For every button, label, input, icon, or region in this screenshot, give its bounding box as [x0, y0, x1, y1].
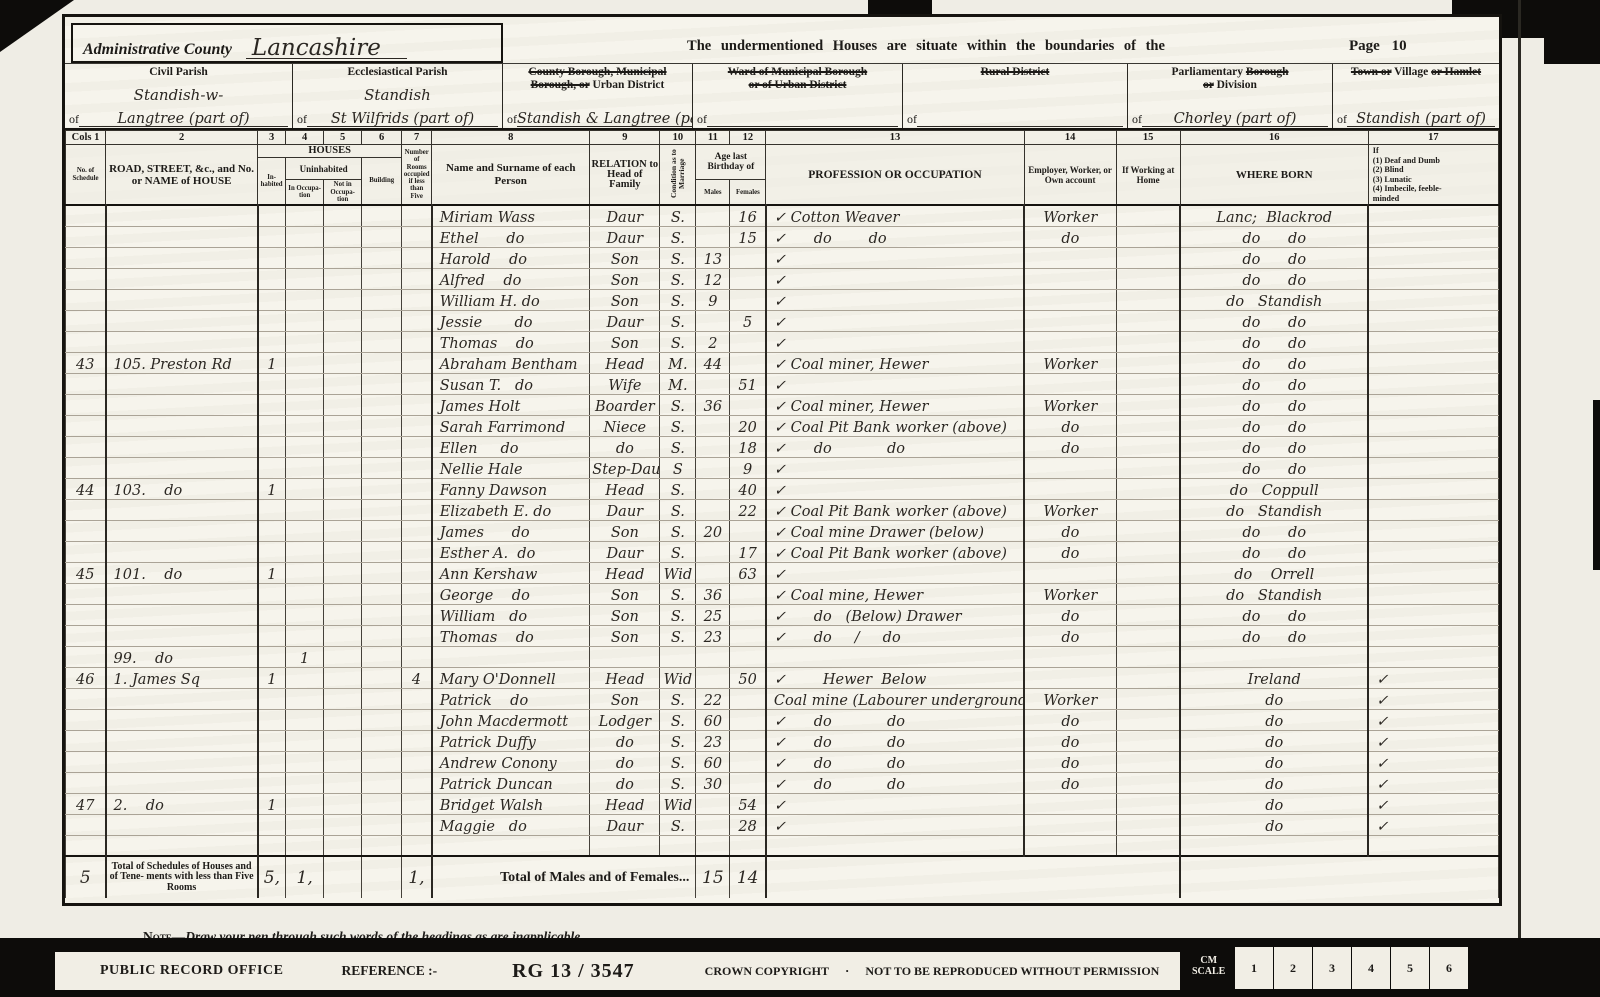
- cell-occ: ✓ Coal Pit Bank worker (above): [766, 499, 1024, 520]
- cell-home: [1116, 646, 1180, 667]
- cell-home: [1116, 625, 1180, 646]
- cell-emp: do: [1024, 436, 1116, 457]
- cell-uo: [286, 394, 324, 415]
- census-row: 472. do1Bridget WalshHeadWid54✓do✓: [66, 793, 1499, 814]
- cell-af: 63: [730, 562, 766, 583]
- census-row: James HoltBoarderS.36✓ Coal miner, Hewer…: [66, 394, 1499, 415]
- cell-inh: [258, 520, 286, 541]
- cell-uo: [286, 583, 324, 604]
- totals-label: Total of Schedules of Houses and of Tene…: [106, 856, 258, 898]
- cell-am: [696, 814, 730, 835]
- cell-cond: S.: [660, 331, 696, 352]
- cell-am: 22: [696, 688, 730, 709]
- cell-un: [324, 373, 362, 394]
- district-box-urban-district: County Borough, MunicipalBorough, or Urb…: [503, 64, 693, 128]
- cell-bld: [362, 205, 402, 226]
- cell-af: [730, 331, 766, 352]
- cell-un: [324, 814, 362, 835]
- cell-af: [730, 268, 766, 289]
- cell-bld: [362, 520, 402, 541]
- census-row: George doSonS.36✓ Coal mine, HewerWorker…: [66, 583, 1499, 604]
- district-box-of-line: ofStandish & Langtree (part of): [507, 112, 688, 127]
- cell-rel: Head: [590, 562, 660, 583]
- cell-cond: S: [660, 457, 696, 478]
- cell-born: do Standish: [1180, 583, 1368, 604]
- cell-af: [730, 520, 766, 541]
- cell-occ: ✓ Coal mine, Hewer: [766, 583, 1024, 604]
- cell-uo: [286, 415, 324, 436]
- totals-empty-2: [1180, 856, 1498, 898]
- cell-born: do do: [1180, 268, 1368, 289]
- cell-bld: [362, 415, 402, 436]
- cell-sched: [66, 814, 106, 835]
- cell-born: do Standish: [1180, 289, 1368, 310]
- scale-box-4: 4: [1352, 946, 1391, 990]
- census-row: Maggie doDaurS.28✓do✓: [66, 814, 1499, 835]
- cell-inf: ✓: [1368, 772, 1498, 793]
- cell-uo: [286, 268, 324, 289]
- cell-un: [324, 688, 362, 709]
- column-numbers-row: Cols 1 2 3 4 5 6 7 8 9 10 11 12 13 14 15…: [66, 131, 1499, 145]
- cell-occ: [766, 646, 1024, 667]
- census-row: Patrick DuffydoS.23✓ do dododo✓: [66, 730, 1499, 751]
- cell-af: [730, 604, 766, 625]
- cell-road: [106, 247, 258, 268]
- cell-home: [1116, 583, 1180, 604]
- total-rooms: 1,: [402, 856, 432, 898]
- cell-inf: [1368, 310, 1498, 331]
- cell-uo: [286, 331, 324, 352]
- cell-home: [1116, 247, 1180, 268]
- reproduction-notice: NOT TO BE REPRODUCED WITHOUT PERMISSION: [865, 964, 1159, 979]
- census-row: Thomas doSonS.2✓do do: [66, 331, 1499, 352]
- cell-inf: [1368, 247, 1498, 268]
- cell-inh: [258, 646, 286, 667]
- cell-inh: [258, 205, 286, 226]
- cell-uo: [286, 751, 324, 772]
- cell-af: 54: [730, 793, 766, 814]
- cell-name: Patrick do: [432, 688, 590, 709]
- cell-home: [1116, 730, 1180, 751]
- cell-inf: ✓: [1368, 709, 1498, 730]
- cell-rooms: [402, 835, 432, 856]
- cell-am: 36: [696, 583, 730, 604]
- cell-emp: [1024, 289, 1116, 310]
- cell-un: [324, 625, 362, 646]
- cell-sched: [66, 688, 106, 709]
- cell-inf: [1368, 268, 1498, 289]
- cell-cond: S.: [660, 688, 696, 709]
- cell-inh: [258, 436, 286, 457]
- cell-road: [106, 625, 258, 646]
- cell-sched: [66, 499, 106, 520]
- cell-home: [1116, 562, 1180, 583]
- cell-uo: [286, 562, 324, 583]
- cell-inf: [1368, 289, 1498, 310]
- cell-am: [696, 436, 730, 457]
- cell-rooms: [402, 415, 432, 436]
- cell-born: do do: [1180, 310, 1368, 331]
- cell-emp: Worker: [1024, 583, 1116, 604]
- cell-emp: do: [1024, 604, 1116, 625]
- cell-rooms: [402, 352, 432, 373]
- cell-emp: [1024, 457, 1116, 478]
- cell-born: [1180, 646, 1368, 667]
- cell-af: 40: [730, 478, 766, 499]
- cell-sched: [66, 604, 106, 625]
- cell-rel: Son: [590, 604, 660, 625]
- cell-rel: Lodger: [590, 709, 660, 730]
- cell-home: [1116, 499, 1180, 520]
- cell-uo: [286, 310, 324, 331]
- cell-road: [106, 331, 258, 352]
- header-relation: RELATION to Head of Family: [590, 145, 660, 206]
- cell-inf: [1368, 562, 1498, 583]
- cell-uo: [286, 352, 324, 373]
- cell-name: Fanny Dawson: [432, 478, 590, 499]
- cell-rel: Daur: [590, 226, 660, 247]
- cell-emp: [1024, 646, 1116, 667]
- col-num-7: 7: [402, 131, 432, 145]
- cell-rel: Son: [590, 625, 660, 646]
- cell-road: [106, 751, 258, 772]
- cell-occ: ✓: [766, 289, 1024, 310]
- total-males-females-label: Total of Males and of Females...: [432, 856, 696, 898]
- cell-road: [106, 541, 258, 562]
- cell-sched: [66, 268, 106, 289]
- cell-cond: S.: [660, 415, 696, 436]
- cell-af: 20: [730, 415, 766, 436]
- cell-bld: [362, 436, 402, 457]
- undermentioned-text: The undermentioned Houses are situate wi…: [503, 38, 1349, 63]
- cell-name: Alfred do: [432, 268, 590, 289]
- scale-box-6: 6: [1430, 946, 1469, 990]
- cell-inh: [258, 226, 286, 247]
- cell-occ: ✓ Coal miner, Hewer: [766, 352, 1024, 373]
- cell-af: 18: [730, 436, 766, 457]
- cell-emp: [1024, 814, 1116, 835]
- cell-rooms: [402, 268, 432, 289]
- cell-bld: [362, 793, 402, 814]
- census-row: 44103. do1Fanny DawsonHeadS.40✓do Coppul…: [66, 478, 1499, 499]
- cell-rooms: [402, 331, 432, 352]
- cell-rel: Daur: [590, 541, 660, 562]
- cell-un: [324, 394, 362, 415]
- cell-rel: Daur: [590, 310, 660, 331]
- cell-un: [324, 415, 362, 436]
- header-uninhabited: Uninhabited: [286, 158, 362, 180]
- cell-inh: [258, 709, 286, 730]
- cell-inh: [258, 373, 286, 394]
- cell-cond: [660, 646, 696, 667]
- cell-bld: [362, 814, 402, 835]
- cell-occ: ✓ do do: [766, 730, 1024, 751]
- cell-road: [106, 520, 258, 541]
- census-row: 45101. do1Ann KershawHeadWid63✓do Orrell: [66, 562, 1499, 583]
- cell-inf: [1368, 394, 1498, 415]
- cell-uo: [286, 436, 324, 457]
- cell-emp: [1024, 793, 1116, 814]
- cell-uo: [286, 730, 324, 751]
- cell-road: [106, 772, 258, 793]
- cell-inf: [1368, 646, 1498, 667]
- cell-rel: do: [590, 751, 660, 772]
- cell-sched: 45: [66, 562, 106, 583]
- cell-road: [106, 373, 258, 394]
- census-row: Esther A. doDaurS.17✓ Coal Pit Bank work…: [66, 541, 1499, 562]
- cell-emp: do: [1024, 772, 1116, 793]
- cell-cond: Wid: [660, 667, 696, 688]
- public-record-office-label: PUBLIC RECORD OFFICE: [100, 963, 283, 979]
- cell-sched: [66, 289, 106, 310]
- cell-cond: S.: [660, 709, 696, 730]
- scale-box-2: 2: [1274, 946, 1313, 990]
- cell-cond: M.: [660, 373, 696, 394]
- header-building: Building: [362, 158, 402, 206]
- cell-road: [106, 499, 258, 520]
- census-row: Nellie HaleStep-DaurS9✓do do: [66, 457, 1499, 478]
- cell-occ: ✓: [766, 310, 1024, 331]
- cell-born: do do: [1180, 352, 1368, 373]
- cell-uo: [286, 373, 324, 394]
- cell-name: George do: [432, 583, 590, 604]
- cell-occ: ✓ do (Below) Drawer: [766, 604, 1024, 625]
- cell-inh: 1: [258, 667, 286, 688]
- cell-inh: [258, 394, 286, 415]
- cell-inf: [1368, 520, 1498, 541]
- district-box-of-value: Standish (part of): [1347, 112, 1495, 127]
- cell-un: [324, 751, 362, 772]
- cell-inh: [258, 835, 286, 856]
- cell-rooms: [402, 499, 432, 520]
- cell-emp: do: [1024, 751, 1116, 772]
- cell-af: 50: [730, 667, 766, 688]
- cell-sched: [66, 310, 106, 331]
- cell-bld: [362, 625, 402, 646]
- cell-born: do do: [1180, 394, 1368, 415]
- cell-emp: Worker: [1024, 394, 1116, 415]
- cell-home: [1116, 226, 1180, 247]
- cell-bld: [362, 772, 402, 793]
- cell-home: [1116, 520, 1180, 541]
- cell-am: [696, 562, 730, 583]
- cell-rel: Son: [590, 583, 660, 604]
- cell-cond: S.: [660, 394, 696, 415]
- cell-am: 23: [696, 625, 730, 646]
- cell-sched: [66, 205, 106, 226]
- cell-name: Ann Kershaw: [432, 562, 590, 583]
- col-num-8: 8: [432, 131, 590, 145]
- cell-cond: S.: [660, 730, 696, 751]
- cell-rooms: [402, 373, 432, 394]
- cell-un: [324, 352, 362, 373]
- cell-road: 101. do: [106, 562, 258, 583]
- cell-uo: [286, 457, 324, 478]
- cell-am: 36: [696, 394, 730, 415]
- cell-uo: [286, 814, 324, 835]
- cell-am: [696, 541, 730, 562]
- cell-inf: [1368, 583, 1498, 604]
- separator-dot: ·: [845, 963, 849, 979]
- cell-home: [1116, 394, 1180, 415]
- cell-uo: [286, 709, 324, 730]
- district-box-title: Town or Village or Hamlet: [1337, 66, 1495, 79]
- administrative-county-value: Lancashire: [246, 38, 407, 59]
- cell-inf: ✓: [1368, 814, 1498, 835]
- cell-bld: [362, 394, 402, 415]
- cell-un: [324, 541, 362, 562]
- cell-am: 30: [696, 772, 730, 793]
- cell-rooms: [402, 751, 432, 772]
- col-num-2: 2: [106, 131, 258, 145]
- cell-bld: [362, 667, 402, 688]
- cell-un: [324, 226, 362, 247]
- crown-copyright-label: CROWN COPYRIGHT: [705, 964, 829, 979]
- header-males: Males: [696, 180, 730, 205]
- cell-road: [106, 226, 258, 247]
- cell-inh: [258, 604, 286, 625]
- census-row: Alfred doSonS.12✓do do: [66, 268, 1499, 289]
- cell-inh: [258, 310, 286, 331]
- cell-inf: [1368, 835, 1498, 856]
- cell-af: [730, 583, 766, 604]
- cell-name: [432, 646, 590, 667]
- cell-name: James do: [432, 520, 590, 541]
- cell-road: [106, 310, 258, 331]
- cell-un: [324, 457, 362, 478]
- cell-cond: S.: [660, 247, 696, 268]
- cell-occ: ✓: [766, 562, 1024, 583]
- cell-home: [1116, 268, 1180, 289]
- cell-cond: S.: [660, 226, 696, 247]
- cell-am: 9: [696, 289, 730, 310]
- census-sheet: Administrative County Lancashire The und…: [62, 14, 1502, 906]
- cell-rel: Step-Daur: [590, 457, 660, 478]
- cell-rooms: [402, 793, 432, 814]
- cell-born: do do: [1180, 373, 1368, 394]
- cell-born: do: [1180, 730, 1368, 751]
- cell-emp: [1024, 247, 1116, 268]
- cell-name: Elizabeth E. do: [432, 499, 590, 520]
- cell-af: [730, 772, 766, 793]
- cell-un: [324, 730, 362, 751]
- census-row: [66, 835, 1499, 856]
- cell-inf: [1368, 436, 1498, 457]
- cell-uo: [286, 499, 324, 520]
- cell-inf: [1368, 352, 1498, 373]
- cell-born: do do: [1180, 625, 1368, 646]
- cell-sched: 46: [66, 667, 106, 688]
- cell-rooms: [402, 247, 432, 268]
- cell-home: [1116, 772, 1180, 793]
- cell-occ: ✓ Coal Pit Bank worker (above): [766, 415, 1024, 436]
- census-row: James doSonS.20✓ Coal mine Drawer (below…: [66, 520, 1499, 541]
- cell-inh: [258, 289, 286, 310]
- cell-af: 22: [730, 499, 766, 520]
- district-box-of-line: ofChorley (part of): [1132, 112, 1328, 127]
- census-row: Elizabeth E. doDaurS.22✓ Coal Pit Bank w…: [66, 499, 1499, 520]
- cell-rooms: [402, 520, 432, 541]
- cell-born: do Standish: [1180, 499, 1368, 520]
- cell-name: Patrick Duncan: [432, 772, 590, 793]
- cell-inh: [258, 541, 286, 562]
- cell-emp: [1024, 478, 1116, 499]
- cell-occ: ✓ do do: [766, 709, 1024, 730]
- cell-road: [106, 604, 258, 625]
- cell-inh: [258, 751, 286, 772]
- cell-cond: S.: [660, 520, 696, 541]
- cell-occ: ✓: [766, 373, 1024, 394]
- cell-inh: [258, 772, 286, 793]
- cell-home: [1116, 331, 1180, 352]
- cell-am: [696, 646, 730, 667]
- scale-box-5: 5: [1391, 946, 1430, 990]
- cell-am: [696, 793, 730, 814]
- district-box-of-value: St Wilfrids (part of): [307, 112, 498, 127]
- cell-emp: do: [1024, 415, 1116, 436]
- cell-occ: ✓: [766, 247, 1024, 268]
- district-box-title: Rural District: [907, 66, 1123, 79]
- cell-rooms: [402, 814, 432, 835]
- cell-name: William do: [432, 604, 590, 625]
- scale-box-1: 1: [1234, 946, 1274, 990]
- cell-cond: [660, 835, 696, 856]
- cell-sched: [66, 835, 106, 856]
- cell-born: do do: [1180, 331, 1368, 352]
- cell-af: [730, 394, 766, 415]
- cell-cond: Wid: [660, 562, 696, 583]
- col-num-15: 15: [1116, 131, 1180, 145]
- cell-sched: [66, 583, 106, 604]
- cell-born: do: [1180, 772, 1368, 793]
- district-box-title: Ecclesiastical Parish: [297, 66, 498, 79]
- cell-rel: Head: [590, 667, 660, 688]
- cell-rooms: [402, 310, 432, 331]
- cell-af: 28: [730, 814, 766, 835]
- cell-rooms: [402, 394, 432, 415]
- cell-occ: ✓ do do: [766, 772, 1024, 793]
- cell-rel: Niece: [590, 415, 660, 436]
- cell-inf: [1368, 478, 1498, 499]
- cell-name: Ethel do: [432, 226, 590, 247]
- cell-uo: [286, 625, 324, 646]
- cell-rel: do: [590, 436, 660, 457]
- district-box-title: Ward of Municipal Boroughor of Urban Dis…: [697, 66, 898, 91]
- cell-inf: ✓: [1368, 751, 1498, 772]
- cell-road: 103. do: [106, 478, 258, 499]
- cell-bld: [362, 352, 402, 373]
- cell-occ: [766, 835, 1024, 856]
- cell-rel: do: [590, 772, 660, 793]
- cell-bld: [362, 331, 402, 352]
- cell-am: [696, 205, 730, 226]
- cell-occ: ✓: [766, 478, 1024, 499]
- cell-name: Jessie do: [432, 310, 590, 331]
- census-row: 99. do1: [66, 646, 1499, 667]
- cell-cond: S.: [660, 205, 696, 226]
- cell-am: 12: [696, 268, 730, 289]
- header-born: WHERE BORN: [1180, 145, 1368, 206]
- cell-inh: [258, 268, 286, 289]
- cell-un: [324, 247, 362, 268]
- cell-inf: [1368, 205, 1498, 226]
- cell-un: [324, 520, 362, 541]
- administrative-county-box: Administrative County Lancashire: [71, 23, 503, 63]
- cell-emp: [1024, 835, 1116, 856]
- total-building: [362, 856, 402, 898]
- cell-un: [324, 331, 362, 352]
- cell-uo: [286, 604, 324, 625]
